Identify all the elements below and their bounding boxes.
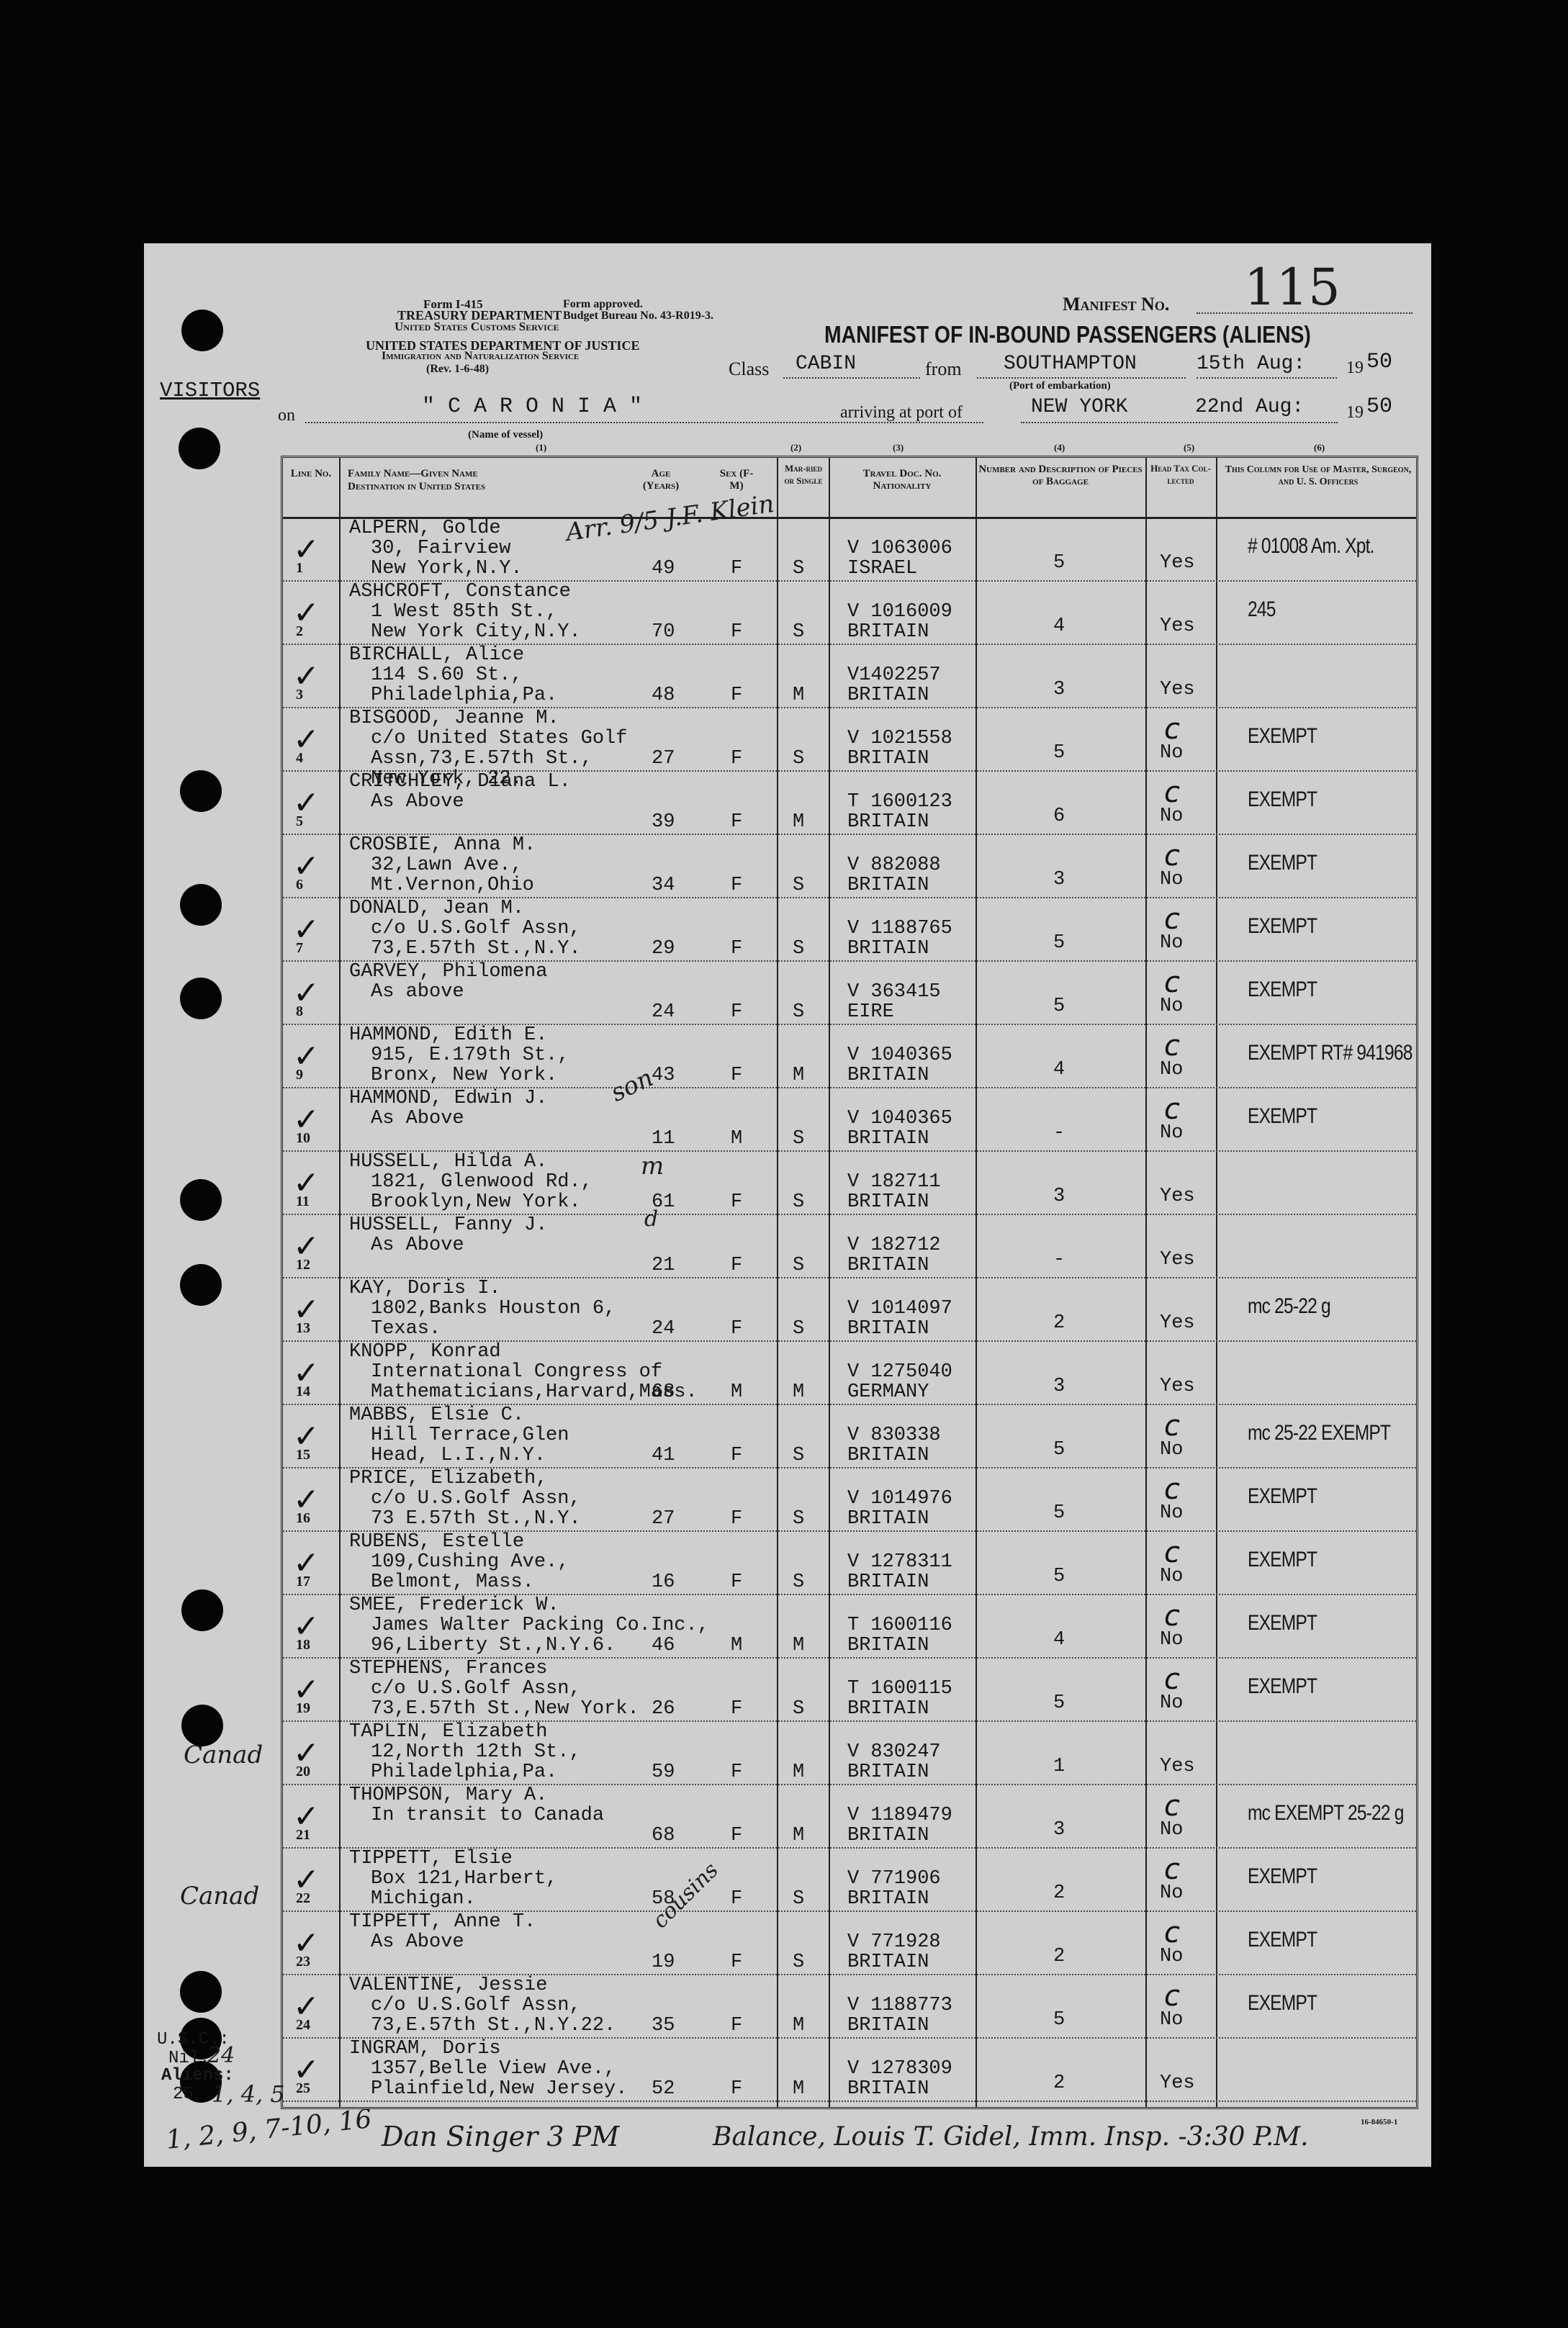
punch-hole xyxy=(180,1264,222,1306)
table-row: 19STEPHENS, Francesc/o U.S.Golf Assn,73,… xyxy=(283,1657,1416,1722)
passenger-sex: M xyxy=(731,1382,742,1403)
head-tax: No xyxy=(1160,743,1183,764)
manifest-no-label: Manifest No. xyxy=(1063,294,1169,315)
passenger-address: c/o U.S.Golf Assn, xyxy=(371,919,581,939)
passenger-name: RUBENS, Estelle xyxy=(349,1532,524,1553)
passenger-marital: S xyxy=(793,749,804,770)
head-tax: No xyxy=(1160,1630,1183,1651)
officer-note: 245 xyxy=(1248,599,1276,620)
passenger-sex: F xyxy=(731,559,742,579)
passenger-baggage: - xyxy=(1053,1123,1065,1144)
passenger-name: TIPPETT, Anne T. xyxy=(349,1912,536,1933)
passenger-doc: V 1275040 xyxy=(847,1362,952,1383)
passenger-age: 21 xyxy=(652,1255,675,1276)
passenger-address: New York City,N.Y. xyxy=(371,622,581,643)
passenger-sex: F xyxy=(731,749,742,770)
officer-note: EXEMPT xyxy=(1248,1549,1317,1570)
table-row: 15MABBS, Elsie C.Hill Terrace,GlenHead, … xyxy=(283,1404,1416,1468)
passenger-marital: M xyxy=(793,2016,804,2036)
officer-note: mc EXEMPT 25-22 g xyxy=(1248,1803,1404,1823)
table-row: 17RUBENS, Estelle109,Cushing Ave.,Belmon… xyxy=(283,1530,1416,1595)
col-num-4: (4) xyxy=(1054,442,1065,454)
passenger-baggage: 6 xyxy=(1053,806,1065,827)
table-row: 7DONALD, Jean M.c/o U.S.Golf Assn,73,E.5… xyxy=(283,897,1416,962)
passenger-address: In transit to Canada xyxy=(371,1805,604,1826)
passenger-age: 16 xyxy=(652,1572,675,1593)
passenger-marital: M xyxy=(793,685,804,706)
passenger-name: BISGOOD, Jeanne M. xyxy=(349,708,559,729)
passenger-nationality: BRITAIN xyxy=(847,685,929,706)
passenger-address: Michigan. xyxy=(371,1889,476,1910)
passenger-name: HAMMOND, Edith E. xyxy=(349,1025,547,1046)
passenger-name: KAY, Doris I. xyxy=(349,1278,501,1299)
checkmark-icon: ✓ xyxy=(293,1038,320,1075)
passenger-address: 12,North 12th St., xyxy=(371,1742,581,1763)
passenger-age: 41 xyxy=(652,1445,675,1466)
passenger-doc: V1402257 xyxy=(847,665,941,686)
head-tax: No xyxy=(1160,1566,1183,1587)
passenger-address: 73,E.57th St.,New York. xyxy=(371,1699,639,1720)
passenger-name: TIPPETT, Elsie xyxy=(349,1849,513,1869)
passenger-sex: F xyxy=(731,1445,742,1466)
check-c-icon: c xyxy=(1164,1853,1180,1886)
header-baggage: Number and Description of Pieces of Bagg… xyxy=(978,458,1143,523)
passenger-sex: F xyxy=(731,1319,742,1340)
check-c-icon: c xyxy=(1164,713,1180,746)
punch-hole xyxy=(179,428,220,469)
passenger-baggage: 5 xyxy=(1053,743,1065,764)
passenger-baggage: - xyxy=(1053,1250,1065,1271)
passenger-sex: M xyxy=(731,1129,742,1150)
arrival-year-prefix: 19 xyxy=(1346,403,1364,423)
punch-hole xyxy=(180,884,222,926)
passenger-baggage: 5 xyxy=(1053,1693,1065,1714)
passenger-age: 19 xyxy=(652,1952,675,1973)
checkmark-icon: ✓ xyxy=(293,1608,320,1645)
manifest-page: Form I-415 TREASURY DEPARTMENT United St… xyxy=(144,243,1431,2167)
head-tax: No xyxy=(1160,1883,1183,1904)
arrival-port: NEW YORK xyxy=(1031,396,1127,418)
checkmark-icon: ✓ xyxy=(293,1291,320,1328)
check-c-icon: c xyxy=(1164,1409,1180,1443)
passenger-nationality: GERMANY xyxy=(847,1382,929,1403)
table-row: 23TIPPETT, Anne T.As Above19FSV 771928BR… xyxy=(283,1910,1416,1975)
officer-note: EXEMPT xyxy=(1248,852,1317,873)
passenger-baggage: 5 xyxy=(1053,996,1065,1017)
head-tax: Yes xyxy=(1160,680,1195,700)
usc-nil-hand: 24 xyxy=(207,2043,235,2068)
passenger-doc: T 1600115 xyxy=(847,1679,952,1700)
passenger-name: CRITCHLEY, Diana L. xyxy=(349,772,571,793)
passenger-nationality: BRITAIN xyxy=(847,1255,929,1276)
vessel-name: " C A R O N I A " xyxy=(422,394,642,419)
table-row: 2ASHCROFT, Constance1 West 85th St.,New … xyxy=(283,580,1416,645)
passenger-age: 24 xyxy=(652,1002,675,1023)
passenger-sex: M xyxy=(731,1636,742,1656)
table-row: 8GARVEY, PhilomenaAs above24FSV 363415EI… xyxy=(283,960,1416,1025)
check-c-icon: c xyxy=(1164,903,1180,936)
hussell-m-annotation: m xyxy=(641,1152,664,1181)
passenger-address: c/o United States Golf xyxy=(371,728,627,749)
passenger-address: Mt.Vernon,Ohio xyxy=(371,875,534,896)
departure-date: 15th Aug: xyxy=(1197,353,1305,375)
passenger-doc: V 830247 xyxy=(847,1742,941,1763)
passenger-sex: F xyxy=(731,1065,742,1086)
passenger-doc: V 1014976 xyxy=(847,1489,952,1510)
passenger-doc: V 1014097 xyxy=(847,1299,952,1319)
passenger-marital: S xyxy=(793,1572,804,1593)
passenger-nationality: BRITAIN xyxy=(847,1762,929,1783)
passenger-sex: F xyxy=(731,875,742,896)
passenger-doc: V 830338 xyxy=(847,1425,941,1446)
col-num-6: (6) xyxy=(1314,442,1325,454)
passenger-marital: S xyxy=(793,1952,804,1973)
passenger-baggage: 5 xyxy=(1053,1503,1065,1524)
passenger-marital: M xyxy=(793,1826,804,1846)
checkmark-icon: ✓ xyxy=(293,1735,320,1772)
checkmark-icon: ✓ xyxy=(293,1671,320,1708)
passenger-address: Belmont, Mass. xyxy=(371,1572,534,1593)
passenger-age: 70 xyxy=(652,622,675,643)
passenger-sex: F xyxy=(731,2079,742,2100)
head-tax: No xyxy=(1160,996,1183,1017)
passenger-doc: V 771928 xyxy=(847,1932,941,1953)
passenger-doc: V 1278309 xyxy=(847,2059,952,2080)
table-row: 22TIPPETT, ElsieBox 121,Harbert,Michigan… xyxy=(283,1847,1416,1912)
punch-hole xyxy=(180,978,222,1019)
embark-caption: (Port of embarkation) xyxy=(1009,380,1111,392)
passenger-name: TAPLIN, Elizabeth xyxy=(349,1722,547,1743)
passenger-name: ALPERN, Golde xyxy=(349,518,501,539)
passenger-age: 49 xyxy=(652,559,675,579)
budget-bureau: Budget Bureau No. 43-R019-3. xyxy=(563,310,713,322)
passenger-marital: S xyxy=(793,1129,804,1150)
passenger-marital: S xyxy=(793,1255,804,1276)
passenger-sex: F xyxy=(731,1192,742,1213)
passenger-address: New York,N.Y. xyxy=(371,559,523,579)
passenger-sex: F xyxy=(731,1826,742,1846)
passenger-baggage: 3 xyxy=(1053,1376,1065,1397)
header-officers: This Column for Use of Master, Surgeon, … xyxy=(1219,458,1418,523)
passenger-address: Mathematicians,Harvard,Mass. xyxy=(371,1382,698,1403)
passenger-nationality: BRITAIN xyxy=(847,812,929,833)
table-row: 12HUSSELL, Fanny J.As Above21FSV 182712B… xyxy=(283,1214,1416,1278)
passenger-age: 39 xyxy=(652,812,675,833)
punch-hole xyxy=(180,770,222,812)
passenger-name: DONALD, Jean M. xyxy=(349,898,524,919)
passenger-doc: V 1278311 xyxy=(847,1552,952,1573)
passenger-address: Brooklyn,New York. xyxy=(371,1192,581,1213)
passenger-doc: V 1063006 xyxy=(847,538,952,559)
passenger-age: 52 xyxy=(652,2079,675,2100)
passenger-marital: S xyxy=(793,1319,804,1340)
passenger-baggage: 1 xyxy=(1053,1756,1065,1777)
passenger-address: Philadelphia,Pa. xyxy=(371,685,557,706)
passenger-address: Box 121,Harbert, xyxy=(371,1869,557,1890)
passenger-name: INGRAM, Doris xyxy=(349,2039,501,2059)
punch-hole xyxy=(180,1971,222,2013)
checkmark-icon: ✓ xyxy=(293,1355,320,1391)
officer-note: EXEMPT xyxy=(1248,726,1317,746)
passenger-baggage: 4 xyxy=(1053,1630,1065,1651)
table-row: 1ALPERN, Golde30, FairviewNew York,N.Y.4… xyxy=(283,517,1416,582)
officer-note: mc 25-22 g xyxy=(1248,1296,1330,1317)
check-c-icon: c xyxy=(1164,966,1180,999)
passenger-marital: S xyxy=(793,1509,804,1530)
checkmark-icon: ✓ xyxy=(293,1798,320,1835)
hussell-d-annotation: d xyxy=(644,1206,658,1232)
aliens-hand: 1, 4, 5 xyxy=(212,2080,285,2108)
table-row: 10HAMMOND, Edwin J.As Above11MSV 1040365… xyxy=(283,1087,1416,1152)
head-tax: No xyxy=(1160,1693,1183,1714)
passenger-nationality: BRITAIN xyxy=(847,1699,929,1720)
checkmark-icon: ✓ xyxy=(293,975,320,1011)
checkmark-icon: ✓ xyxy=(293,1988,320,2025)
table-row: 11HUSSELL, Hilda A.1821, Glenwood Rd.,Br… xyxy=(283,1150,1416,1215)
passenger-address: 32,Lawn Ave., xyxy=(371,855,523,876)
officer-note: EXEMPT xyxy=(1248,916,1317,937)
passenger-address: 73,E.57th St.,N.Y. xyxy=(371,939,581,960)
table-row: 9HAMMOND, Edith E.915, E.179th St.,Bronx… xyxy=(283,1024,1416,1088)
passenger-address: c/o U.S.Golf Assn, xyxy=(371,1679,581,1700)
head-tax: Yes xyxy=(1160,1186,1195,1207)
passenger-age: 35 xyxy=(652,2016,675,2036)
passenger-nationality: BRITAIN xyxy=(847,1826,929,1846)
passenger-age: 27 xyxy=(652,749,675,770)
passenger-sex: F xyxy=(731,1952,742,1973)
head-tax: No xyxy=(1160,933,1183,954)
on-label: on xyxy=(278,406,295,425)
passenger-age: 46 xyxy=(652,1636,675,1656)
checkmark-icon: ✓ xyxy=(293,785,320,821)
passenger-marital: M xyxy=(793,1065,804,1086)
table-row: 18SMEE, Frederick W.James Walter Packing… xyxy=(283,1594,1416,1659)
passenger-marital: M xyxy=(793,2079,804,2100)
passenger-address: Plainfield,New Jersey. xyxy=(371,2079,627,2100)
head-tax: Yes xyxy=(1160,2073,1195,2094)
passenger-marital: S xyxy=(793,1699,804,1720)
checkmark-icon: ✓ xyxy=(293,1418,320,1455)
officer-note: EXEMPT xyxy=(1248,1866,1317,1887)
officer-note: EXEMPT xyxy=(1248,1929,1317,1950)
checkmark-icon: ✓ xyxy=(293,1481,320,1518)
passenger-baggage: 2 xyxy=(1053,1946,1065,1967)
ins: Immigration and Naturalization Service xyxy=(382,350,579,363)
head-tax: Yes xyxy=(1160,616,1195,637)
passenger-marital: S xyxy=(793,1889,804,1910)
passenger-marital: S xyxy=(793,875,804,896)
passenger-sex: F xyxy=(731,622,742,643)
officer-note: EXEMPT xyxy=(1248,789,1317,810)
passenger-name: BIRCHALL, Alice xyxy=(349,645,524,666)
passenger-age: 11 xyxy=(652,1129,675,1150)
manifest-no-value: 115 xyxy=(1244,258,1341,317)
table-row: 14KNOPP, KonradInternational Congress of… xyxy=(283,1340,1416,1405)
passenger-baggage: 3 xyxy=(1053,870,1065,890)
passenger-nationality: BRITAIN xyxy=(847,875,929,896)
passenger-doc: V 182712 xyxy=(847,1235,941,1256)
passenger-name: KNOPP, Konrad xyxy=(349,1342,501,1363)
col-num-3: (3) xyxy=(893,442,904,454)
passenger-name: THOMPSON, Mary A. xyxy=(349,1785,547,1806)
passenger-address: As Above xyxy=(371,792,464,813)
table-row: 3BIRCHALL, Alice114 S.60 St.,Philadelphi… xyxy=(283,644,1416,708)
passenger-address: As Above xyxy=(371,1109,464,1129)
table-row: 25INGRAM, Doris1357,Belle View Ave.,Plai… xyxy=(283,2037,1416,2102)
passenger-nationality: BRITAIN xyxy=(847,2016,929,2036)
check-c-icon: c xyxy=(1164,1916,1180,1949)
usc-nil: Nil. xyxy=(168,2049,210,2068)
passenger-name: HUSSELL, Fanny J. xyxy=(349,1215,547,1236)
header-head-tax: Head Tax Col-lected xyxy=(1147,458,1215,521)
passenger-age: 34 xyxy=(652,875,675,896)
passenger-nationality: BRITAIN xyxy=(847,749,929,770)
passenger-age: 27 xyxy=(652,1509,675,1530)
check-c-icon: c xyxy=(1164,1663,1180,1696)
head-tax: No xyxy=(1160,1946,1183,1967)
passenger-sex: F xyxy=(731,1889,742,1910)
aliens-count: 25 xyxy=(173,2085,194,2104)
passenger-address: 1357,Belle View Ave., xyxy=(371,2059,616,2080)
passenger-doc: T 1600116 xyxy=(847,1615,952,1636)
passenger-age: 43 xyxy=(652,1065,675,1086)
embark-port: SOUTHAMPTON xyxy=(1004,353,1137,375)
passenger-nationality: BRITAIN xyxy=(847,1509,929,1530)
passenger-marital: M xyxy=(793,812,804,833)
passenger-marital: M xyxy=(793,1382,804,1403)
passenger-baggage: 5 xyxy=(1053,1440,1065,1461)
passenger-baggage: 2 xyxy=(1053,2073,1065,2094)
passenger-sex: F xyxy=(731,1572,742,1593)
passenger-nationality: BRITAIN xyxy=(847,1065,929,1086)
passenger-doc: V 363415 xyxy=(847,982,941,1003)
passenger-doc: V 1189479 xyxy=(847,1805,952,1826)
passenger-sex: F xyxy=(731,685,742,706)
col-num-2: (2) xyxy=(790,442,801,454)
departure-year: 50 xyxy=(1366,350,1392,374)
margin-canada-1: Canad xyxy=(184,1741,263,1769)
passenger-sex: F xyxy=(731,1699,742,1720)
head-tax: Yes xyxy=(1160,1313,1195,1334)
passenger-sex: F xyxy=(731,1255,742,1276)
passenger-address: 109,Cushing Ave., xyxy=(371,1552,569,1573)
check-c-icon: c xyxy=(1164,1536,1180,1569)
passenger-name: SMEE, Frederick W. xyxy=(349,1595,559,1616)
checkmark-icon: ✓ xyxy=(293,1228,320,1265)
vessel-caption: (Name of vessel) xyxy=(468,429,543,441)
passenger-doc: T 1600123 xyxy=(847,792,952,813)
officer-note: EXEMPT xyxy=(1248,979,1317,1000)
passenger-baggage: 3 xyxy=(1053,1186,1065,1207)
head-tax: Yes xyxy=(1160,1250,1195,1271)
print-code: 16-84650-1 xyxy=(1361,2118,1397,2126)
passenger-address: Assn,73,E.57th St., xyxy=(371,749,592,770)
check-c-icon: c xyxy=(1164,1600,1180,1633)
visitors-label: VISITORS xyxy=(160,379,260,402)
checkmark-icon: ✓ xyxy=(293,1101,320,1138)
passenger-nationality: BRITAIN xyxy=(847,1636,929,1656)
checkmark-icon: ✓ xyxy=(293,721,320,758)
passenger-age: 68 xyxy=(652,1826,675,1846)
footer-inspector-1: Dan Singer 3 PM xyxy=(382,2121,619,2152)
passenger-marital: M xyxy=(793,1762,804,1783)
passenger-address: 915, E.179th St., xyxy=(371,1045,569,1066)
passenger-age: 26 xyxy=(652,1699,675,1720)
table-row: 20TAPLIN, Elizabeth12,North 12th St.,Phi… xyxy=(283,1720,1416,1785)
passenger-nationality: BRITAIN xyxy=(847,1889,929,1910)
table-row: 16PRICE, Elizabeth,c/o U.S.Golf Assn,73 … xyxy=(283,1467,1416,1532)
passenger-doc: V 882088 xyxy=(847,855,941,876)
punch-hole xyxy=(180,1179,222,1221)
head-tax: Yes xyxy=(1160,1376,1195,1397)
passenger-sex: F xyxy=(731,939,742,960)
checkmark-icon: ✓ xyxy=(293,1925,320,1962)
head-tax: No xyxy=(1160,1820,1183,1841)
passenger-age: 48 xyxy=(652,685,675,706)
passenger-sex: F xyxy=(731,2016,742,2036)
passenger-doc: V 1188765 xyxy=(847,919,952,939)
passenger-nationality: ISRAEL xyxy=(847,559,917,579)
passenger-marital: S xyxy=(793,622,804,643)
passenger-marital: S xyxy=(793,1192,804,1213)
head-tax: No xyxy=(1160,806,1183,827)
passenger-address: As above xyxy=(371,982,464,1003)
passenger-baggage: 3 xyxy=(1053,680,1065,700)
passenger-marital: M xyxy=(793,1636,804,1656)
passenger-nationality: BRITAIN xyxy=(847,939,929,960)
passenger-address: c/o U.S.Golf Assn, xyxy=(371,1995,581,2016)
check-c-icon: c xyxy=(1164,1790,1180,1823)
passenger-name: GARVEY, Philomena xyxy=(349,962,547,983)
passenger-nationality: BRITAIN xyxy=(847,1952,929,1973)
passenger-name: ASHCROFT, Constance xyxy=(349,582,571,603)
passenger-baggage: 5 xyxy=(1053,553,1065,574)
checkmark-icon: ✓ xyxy=(293,2052,320,2088)
checkmark-icon: ✓ xyxy=(293,658,320,695)
table-row: 13KAY, Doris I.1802,Banks Houston 6,Texa… xyxy=(283,1277,1416,1342)
passenger-doc: V 1016009 xyxy=(847,602,952,623)
passenger-doc: V 1188773 xyxy=(847,1995,952,2016)
passenger-baggage: 4 xyxy=(1053,1060,1065,1080)
passenger-name: VALENTINE, Jessie xyxy=(349,1975,547,1996)
passenger-address: Hill Terrace,Glen xyxy=(371,1425,569,1446)
revision: (Rev. 1-6-48) xyxy=(426,363,489,376)
passenger-baggage: 5 xyxy=(1053,933,1065,954)
passenger-address: James Walter Packing Co.Inc., xyxy=(371,1615,709,1636)
passenger-age: 29 xyxy=(652,939,675,960)
passenger-baggage: 5 xyxy=(1053,2010,1065,2031)
passenger-age: 24 xyxy=(652,1319,675,1340)
head-tax: Yes xyxy=(1160,1756,1195,1777)
passenger-sex: F xyxy=(731,1509,742,1530)
passenger-nationality: BRITAIN xyxy=(847,1129,929,1150)
table-row: 5CRITCHLEY, Diana L.As Above39FMT 160012… xyxy=(283,770,1416,835)
head-tax: No xyxy=(1160,870,1183,890)
manifest-title: MANIFEST OF IN-BOUND PASSENGERS (ALIENS) xyxy=(824,321,1311,348)
customs-service: United States Customs Service xyxy=(395,320,559,334)
passenger-nationality: BRITAIN xyxy=(847,622,929,643)
check-c-icon: c xyxy=(1164,776,1180,809)
passenger-name: HUSSELL, Hilda A. xyxy=(349,1152,547,1173)
passenger-baggage: 2 xyxy=(1053,1883,1065,1904)
table-row: 24VALENTINE, Jessiec/o U.S.Golf Assn,73,… xyxy=(283,1974,1416,2039)
punch-hole xyxy=(181,1589,223,1631)
passenger-address: International Congress of xyxy=(371,1362,662,1383)
passenger-name: STEPHENS, Frances xyxy=(349,1659,547,1679)
passenger-address: Head, L.I.,N.Y. xyxy=(371,1445,546,1466)
passenger-sex: F xyxy=(731,812,742,833)
head-tax: No xyxy=(1160,1060,1183,1080)
